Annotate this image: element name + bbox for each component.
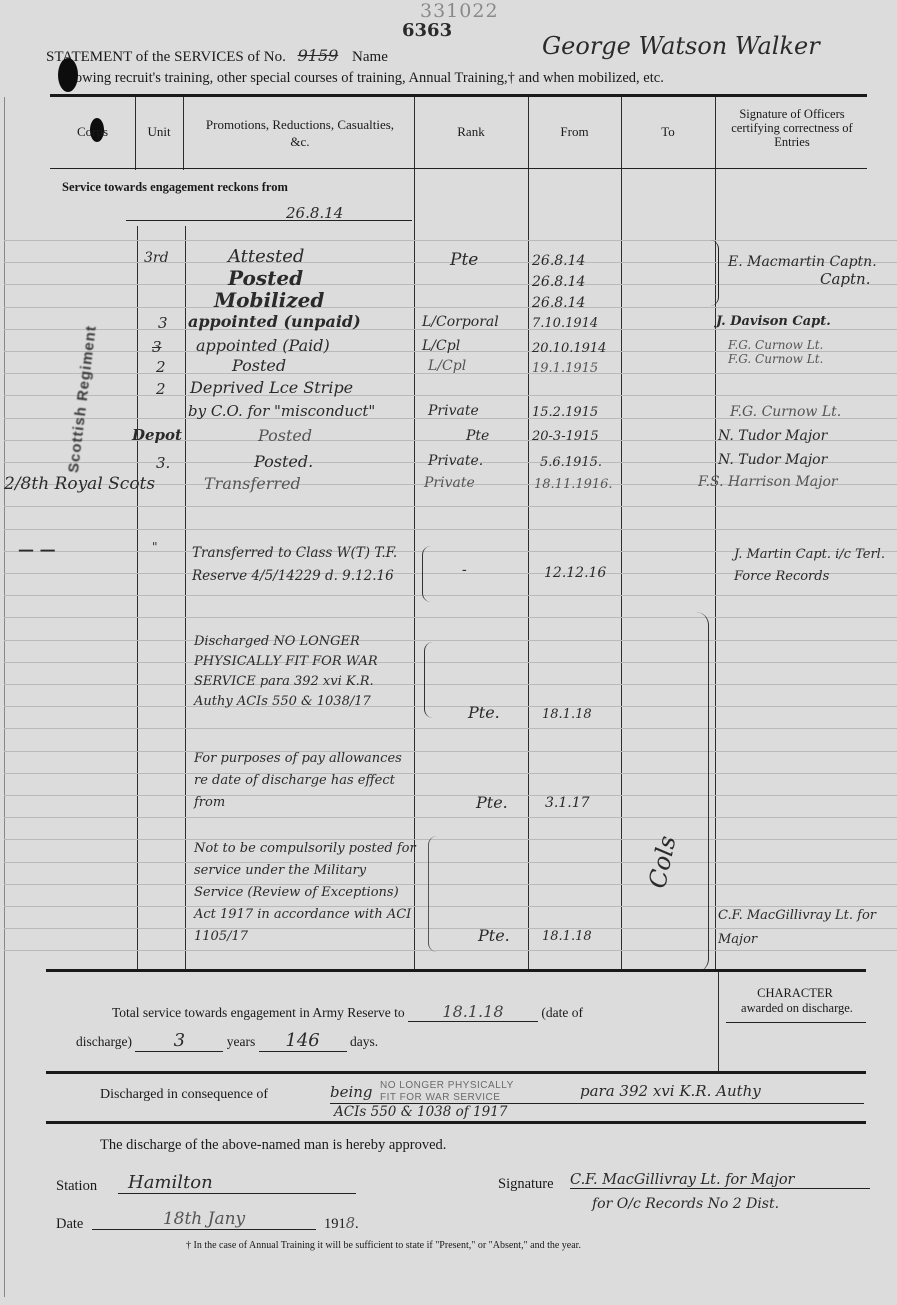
approval-text: The discharge of the above-named man is … bbox=[100, 1137, 446, 1154]
days-value: 146 bbox=[259, 1030, 347, 1052]
row-promotion: appointed (unpaid) bbox=[188, 312, 361, 331]
row-promotion: Posted bbox=[228, 266, 303, 290]
station-label: Station bbox=[56, 1178, 97, 1195]
row-from: 5.6.1915. bbox=[540, 455, 602, 470]
row-rank: Pte bbox=[450, 250, 478, 270]
ruled-line bbox=[4, 506, 897, 507]
ruled-line bbox=[4, 662, 897, 663]
ruled-line bbox=[4, 773, 897, 774]
station-value: Hamilton bbox=[118, 1172, 356, 1194]
row-signature: C.F. MacGillivray Lt. for Major bbox=[718, 904, 888, 952]
row-rank: L/Cpl bbox=[422, 338, 460, 354]
ruled-line bbox=[4, 529, 897, 530]
ruled-line bbox=[4, 817, 897, 818]
row-signature: F.G. Curnow Lt. bbox=[728, 352, 823, 366]
header-rule bbox=[50, 94, 867, 97]
row-unit: 2 bbox=[156, 380, 166, 398]
row-rank: Pte. bbox=[468, 703, 500, 722]
row-promotion: appointed (Paid) bbox=[196, 336, 330, 355]
row-signature: E. Macmartin Captn. bbox=[728, 254, 877, 270]
row-from: 26.8.14 bbox=[532, 295, 585, 311]
section-rule bbox=[46, 1071, 866, 1074]
date-value: 18th Jany bbox=[92, 1209, 316, 1230]
row-promotion: Deprived Lce Stripe bbox=[190, 378, 353, 397]
row-unit: Depot bbox=[132, 426, 182, 444]
row-rank: Private bbox=[424, 475, 475, 491]
to-column-bracket bbox=[696, 612, 709, 972]
date-year: 1918. bbox=[324, 1216, 359, 1233]
col-divider bbox=[185, 226, 186, 970]
total-service-line2: discharge) 3 years 146 days. bbox=[76, 1030, 378, 1052]
year-prefix: 191 bbox=[324, 1216, 346, 1232]
ruled-line bbox=[4, 751, 897, 752]
row-signature: J. Martin Capt. i/c Terl. Force Records bbox=[734, 544, 894, 588]
col-header-to: To bbox=[621, 123, 715, 140]
row-signature: F.G. Curnow Lt. bbox=[728, 338, 823, 352]
statement-title: STATEMENT of the SERVICES of No. 9159 Na… bbox=[46, 46, 388, 66]
row-signature: F.S. Harrison Major bbox=[698, 474, 838, 490]
row-promotion: Posted bbox=[258, 426, 312, 445]
discharge-reason-tail: para 392 xvi K.R. Authy bbox=[580, 1082, 761, 1100]
ruled-line bbox=[4, 240, 897, 241]
regiment-stamp: Scottish Regiment bbox=[65, 283, 105, 474]
ruled-line bbox=[4, 884, 897, 885]
col-header-corps: Corps bbox=[50, 123, 135, 140]
row-signature: Captn. bbox=[820, 270, 870, 288]
row-rank: L/Cpl bbox=[428, 358, 466, 374]
bracket bbox=[710, 240, 719, 306]
character-divider bbox=[718, 972, 719, 1072]
row-corps: 2/8th Royal Scots bbox=[4, 474, 155, 494]
row-rank: L/Corporal bbox=[422, 314, 499, 330]
ink-blot bbox=[58, 58, 78, 92]
row-rank: Pte bbox=[466, 428, 489, 444]
row-promotion: Transferred to Class W(T) T.F. Reserve 4… bbox=[192, 542, 412, 588]
title-prefix: STATEMENT of the SERVICES of No. bbox=[46, 49, 286, 65]
row-promotion: Transferred bbox=[204, 474, 301, 493]
character-title: CHARACTER bbox=[722, 986, 868, 1001]
ruled-line bbox=[4, 617, 897, 618]
row-from: 12.12.16 bbox=[544, 565, 606, 581]
row-from: 18.1.18 bbox=[542, 707, 592, 722]
bracket bbox=[424, 642, 433, 718]
row-unit: 3 bbox=[158, 314, 168, 332]
row-unit: " bbox=[152, 540, 158, 554]
statement-subtitle: showing recruit's training, other specia… bbox=[62, 70, 664, 87]
row-rank: Pte. bbox=[476, 793, 508, 812]
years-label: years bbox=[227, 1034, 255, 1049]
row-promotion: Discharged NO LONGER PHYSICALLY FIT FOR … bbox=[194, 632, 416, 712]
row-from: 15.2.1915 bbox=[532, 405, 598, 420]
bracket bbox=[422, 546, 431, 602]
row-signature: F.G. Curnow Lt. bbox=[730, 404, 841, 420]
row-promotion: For purposes of pay allowances re date o… bbox=[194, 748, 416, 814]
row-rank: Private. bbox=[428, 453, 483, 469]
soldier-name: George Watson Walker bbox=[542, 32, 820, 60]
total-service-to-date: 18.1.18 bbox=[408, 1002, 538, 1022]
row-from: 26.8.14 bbox=[532, 274, 585, 290]
years-value: 3 bbox=[135, 1030, 223, 1052]
ruled-line bbox=[4, 684, 897, 685]
total-service-line1: Total service towards engagement in Army… bbox=[112, 1002, 583, 1022]
column-header-rule bbox=[50, 168, 867, 169]
signature-line2: for O/c Records No 2 Dist. bbox=[592, 1196, 779, 1212]
name-label: Name bbox=[352, 49, 388, 65]
row-unit: 3. bbox=[156, 454, 170, 472]
row-signature: J. Davison Capt. bbox=[716, 314, 831, 329]
col-header-signature: Signature of Officers certifying correct… bbox=[718, 107, 866, 149]
signature-label: Signature bbox=[498, 1176, 554, 1193]
total-service-date-suffix: (date of bbox=[541, 1005, 583, 1020]
section-rule bbox=[46, 1121, 866, 1124]
col-header-from: From bbox=[528, 123, 621, 140]
ruled-line bbox=[4, 728, 897, 729]
discharge-consequence-label: Discharged in consequence of bbox=[100, 1087, 268, 1103]
ruled-line bbox=[4, 284, 897, 285]
discharge-label: discharge) bbox=[76, 1034, 132, 1049]
col-divider bbox=[4, 97, 5, 1297]
ruled-line bbox=[4, 640, 897, 641]
reckons-label: Service towards engagement reckons from bbox=[62, 180, 288, 195]
reckons-rule bbox=[126, 220, 412, 221]
col-header-unit: Unit bbox=[135, 123, 183, 140]
character-rule bbox=[726, 1022, 866, 1023]
total-service-label: Total service towards engagement in Army… bbox=[112, 1005, 405, 1020]
row-from: 18.1.18 bbox=[542, 929, 592, 944]
archive-number: 331022 bbox=[420, 0, 499, 22]
row-to: Cols bbox=[643, 833, 681, 890]
service-number-corrected: 6363 bbox=[402, 20, 452, 41]
row-from: 20.10.1914 bbox=[532, 341, 606, 356]
ruled-line bbox=[4, 795, 897, 796]
service-number-struck: 9159 bbox=[298, 46, 339, 65]
ruled-line bbox=[4, 307, 897, 308]
row-rank: - bbox=[462, 562, 467, 578]
row-unit: 3 bbox=[152, 338, 162, 356]
col-divider bbox=[183, 97, 184, 170]
col-divider bbox=[137, 226, 138, 970]
row-promotion: Posted. bbox=[254, 452, 313, 471]
character-subtitle: awarded on discharge. bbox=[722, 1001, 872, 1016]
row-promotion: Not to be compulsorily posted for servic… bbox=[194, 838, 418, 948]
row-unit: 3rd bbox=[144, 250, 169, 266]
footnote: † In the case of Annual Training it will… bbox=[186, 1240, 581, 1251]
row-from: 3.1.17 bbox=[545, 795, 590, 811]
row-unit: 2 bbox=[156, 358, 166, 376]
row-promotion: by C.O. for "misconduct" bbox=[188, 402, 375, 420]
year-suffix: 8 bbox=[346, 1216, 355, 1232]
ruled-line bbox=[4, 595, 897, 596]
ruled-line bbox=[4, 395, 897, 396]
year-period: . bbox=[355, 1216, 359, 1232]
col-header-promotions: Promotions, Reductions, Casualties, &c. bbox=[205, 116, 395, 150]
row-rank: Pte. bbox=[478, 926, 510, 945]
discharge-reason-stamp: NO LONGER PHYSICALLY FIT FOR WAR SERVICE bbox=[380, 1080, 514, 1104]
ruled-line bbox=[4, 862, 897, 863]
row-from: 18.11.1916. bbox=[534, 477, 613, 492]
row-from: 20-3-1915 bbox=[532, 429, 599, 444]
discharge-reason-line2: ACIs 550 & 1038 of 1917 bbox=[334, 1104, 507, 1120]
ruled-line bbox=[4, 839, 897, 840]
row-from: 7.10.1914 bbox=[532, 316, 598, 331]
table-bottom-rule bbox=[46, 969, 866, 972]
days-label: days. bbox=[350, 1034, 378, 1049]
stamp-line-1: NO LONGER PHYSICALLY bbox=[380, 1080, 514, 1092]
signature-value: C.F. MacGillivray Lt. for Major bbox=[570, 1172, 870, 1189]
col-header-rank: Rank bbox=[414, 123, 528, 140]
bracket bbox=[428, 836, 437, 952]
row-signature: N. Tudor Major bbox=[718, 428, 827, 444]
row-promotion: Attested bbox=[228, 246, 304, 267]
row-from: 19.1.1915 bbox=[532, 361, 598, 376]
ruled-line bbox=[4, 706, 897, 707]
row-signature: N. Tudor Major bbox=[718, 452, 827, 468]
row-rank: Private bbox=[428, 403, 479, 419]
row-promotion: Mobilized bbox=[214, 288, 324, 312]
row-from: 26.8.14 bbox=[532, 253, 585, 269]
date-label: Date bbox=[56, 1216, 83, 1233]
row-promotion: Posted bbox=[232, 356, 286, 375]
discharge-reason-handwritten: being bbox=[330, 1083, 373, 1101]
row-corps: — — bbox=[18, 540, 56, 559]
